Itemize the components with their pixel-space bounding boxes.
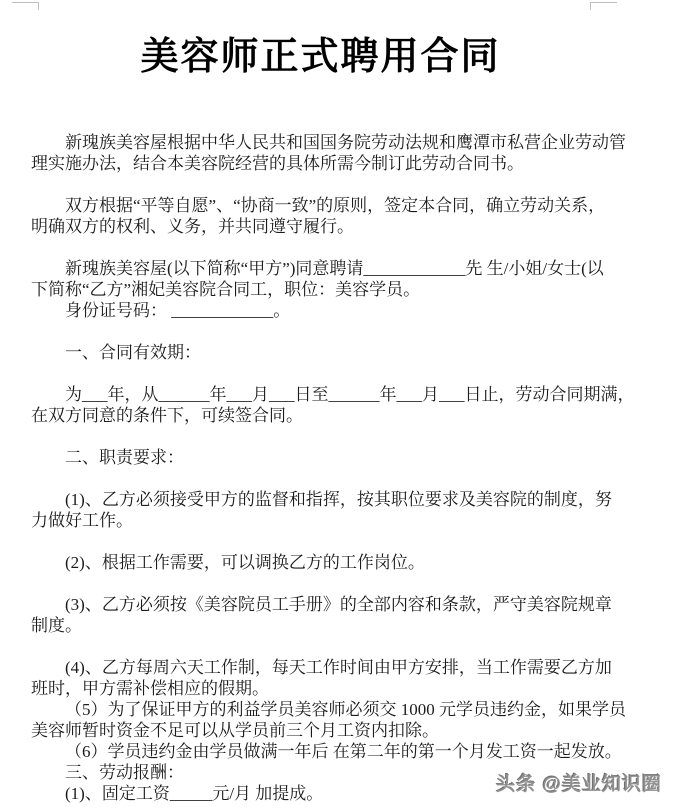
margin-crop-mark-right	[590, 2, 617, 10]
section1-contract-term: 为___年，从______年___月___日至______年___月___日止，…	[31, 384, 640, 426]
section2-item-2: (2)、根据工作需要，可以调换乙方的工作岗位。	[31, 552, 640, 573]
section2-heading: 二、职责要求：	[31, 447, 640, 468]
section2-item-4: (4)、乙方每周六天工作制，每天工作时间由甲方安排，当工作需要乙方加 班时，甲方…	[31, 657, 640, 699]
intro-paragraph-principles: 双方根据“平等自愿”、“协商一致”的原则，签定本合同，确立劳动关系， 明确双方的…	[31, 195, 640, 237]
intro-paragraph-basis: 新瑰族美容屋根据中华人民共和国国务院劳动法规和鹰潭市私营企业劳动管 理实施办法，…	[31, 132, 640, 174]
section2-item-6: （6）学员违约金由学员做满一年后 在第二年的第一个月发工资一起发放。	[31, 741, 640, 762]
margin-crop-mark-left	[12, 2, 39, 10]
section2-item-5: （5）为了保证甲方的利益学员美容师必须交 1000 元学员违约金，如果学员 美容…	[31, 699, 640, 741]
id-number-line: 身份证号码： ____________。	[31, 300, 640, 321]
section2-item-3: (3)、乙方必须按《美容院员工手册》的全部内容和条款，严守美容院规章 制度。	[31, 594, 640, 636]
watermark-byline: 头条 @美业知识圈	[496, 774, 662, 795]
document-title: 美容师正式聘用合同	[31, 34, 610, 80]
section1-heading: 一、合同有效期：	[31, 342, 640, 363]
contract-document-page: 美容师正式聘用合同 新瑰族美容屋根据中华人民共和国国务院劳动法规和鹰潭市私营企业…	[0, 0, 680, 812]
intro-paragraph-hiring: 新瑰族美容屋(以下简称“甲方”)同意聘请____________先 生/小姐/女…	[31, 258, 640, 300]
section2-item-1: (1)、乙方必须接受甲方的监督和指挥，按其职位要求及美容院的制度，努 力做好工作…	[31, 489, 640, 531]
